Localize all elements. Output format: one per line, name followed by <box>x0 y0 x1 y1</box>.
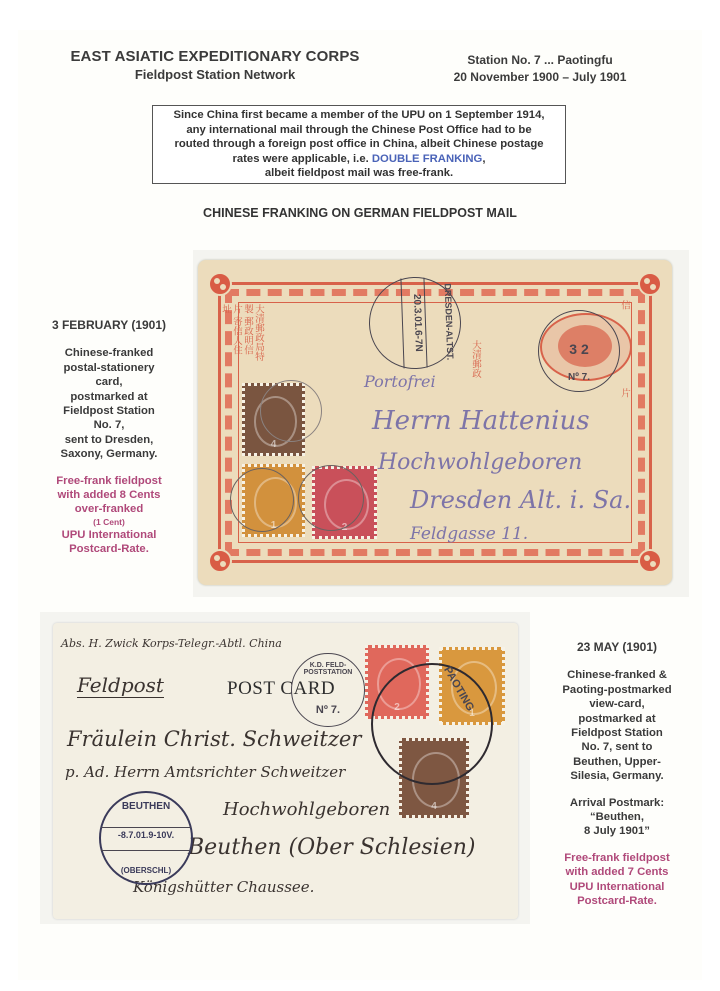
station-info: Station No. 7 ... Paotingfu 20 November … <box>440 52 640 86</box>
handwritten-addressee: Herrn Hattenius <box>372 406 590 436</box>
note-small: (1 Cent) <box>34 517 184 528</box>
item-note: Free-frank fieldpost with added 7 Cents … <box>532 851 702 909</box>
arrival-postmark-note: Arrival Postmark: “Beuthen, 8 July 1901” <box>532 796 702 839</box>
handwritten-address: Hochwohlgeboren <box>223 799 390 820</box>
info-line: rates were applicable, i.e. DOUBLE FRANK… <box>153 152 565 167</box>
yin-yang-icon <box>208 549 232 573</box>
chinese-char: 信 <box>619 300 630 320</box>
note-line: Free-frank fieldpost <box>34 474 184 488</box>
desc-line: sent to Dresden, <box>34 433 184 447</box>
handwritten-address: Dresden Alt. i. Sa. <box>410 486 631 514</box>
postal-stationery-card: 大清郵政局特製 郵政明信片 寄信人住址 大清郵政 信 片 3 2 Nº 7. D… <box>198 260 672 585</box>
info-box: Since China first became a member of the… <box>152 105 566 184</box>
postmark-date: -8.7.01.9-10V. <box>101 827 191 851</box>
handwritten-sender: Abs. H. Zwick Korps-Telegr.-Abtl. China <box>61 637 282 650</box>
postmark-name: K.D. FELD-POSTSTATION <box>292 662 364 676</box>
postmark-name: BEUTHEN <box>101 801 191 812</box>
note-line: Postcard-Rate. <box>34 542 184 556</box>
arrival-line: “Beuthen, <box>532 810 702 824</box>
arrival-line: Arrival Postmark: <box>532 796 702 810</box>
postmark-region: (OBERSCHL) <box>101 866 191 875</box>
desc-line: postmarked at <box>532 712 702 726</box>
stamp-cancel <box>298 465 364 531</box>
desc-line: postal-stationery <box>34 361 184 375</box>
postmark-day: 3 2 <box>539 341 619 357</box>
handwritten-address: Hochwohlgeboren <box>378 450 582 475</box>
desc-line: Silesia, Germany. <box>532 769 702 783</box>
handwritten-address: Beuthen (Ober Schlesien) <box>188 835 476 860</box>
info-line: albeit fieldpost mail was free-frank. <box>153 166 565 181</box>
desc-line: Beuthen, Upper- <box>532 755 702 769</box>
handwritten-address: Feldgasse 11. <box>410 524 528 544</box>
info-line: Since China first became a member of the… <box>153 108 565 123</box>
view-card: Abs. H. Zwick Korps-Telegr.-Abtl. China … <box>53 623 518 919</box>
yin-yang-icon <box>208 272 232 296</box>
desc-line: Saxony, Germany. <box>34 447 184 461</box>
info-line: routed through a foreign post office in … <box>153 137 565 152</box>
note-line: with added 8 Cents <box>34 488 184 502</box>
info-text: rates were applicable, i.e. <box>232 153 371 165</box>
postmark-date: 20.3.01.6-7N <box>401 278 428 369</box>
station-period: 20 November 1900 – July 1901 <box>440 69 640 86</box>
stamp-cancel <box>260 380 322 442</box>
yin-yang-icon <box>638 549 662 573</box>
paoting-postmark: PAOTING <box>371 663 493 785</box>
chinese-char: 片 <box>619 388 630 408</box>
desc-line: Fieldpost Station <box>532 726 702 740</box>
feldpost-station-postmark: K.D. FELD-POSTSTATION Nº 7. <box>291 653 365 727</box>
handwritten-address: p. Ad. Herrn Amtsrichter Schweitzer <box>65 763 345 781</box>
note-line: over-franked <box>34 502 184 516</box>
stamp-cancel <box>230 468 294 532</box>
desc-line: postmarked at <box>34 390 184 404</box>
handwritten-note: Portofrei <box>364 372 436 391</box>
page-subtitle: Fieldpost Station Network <box>0 67 430 82</box>
beuthen-arrival-postmark: BEUTHEN -8.7.01.9-10V. (OBERSCHL) <box>99 791 193 885</box>
desc-line: Paoting-postmarked <box>532 683 702 697</box>
note-line: UPU International <box>34 528 184 542</box>
item-description: Chinese-franked postal-stationery card, … <box>34 346 184 461</box>
item-date: 3 FEBRUARY (1901) <box>34 318 184 332</box>
desc-line: No. 7, sent to <box>532 740 702 754</box>
item-description: Chinese-franked & Paoting-postmarked vie… <box>532 668 702 783</box>
arrival-line: 8 July 1901” <box>532 824 702 838</box>
chinese-heading: 大清郵政 <box>470 340 481 380</box>
fieldpost-postmark: 3 2 Nº 7. <box>538 310 620 392</box>
section-title: CHINESE FRANKING ON GERMAN FIELDPOST MAI… <box>150 206 570 220</box>
desc-line: Chinese-franked & <box>532 668 702 682</box>
item-caption-1: 3 FEBRUARY (1901) Chinese-franked postal… <box>34 318 184 557</box>
desc-line: No. 7, <box>34 418 184 432</box>
desc-line: Fieldpost Station <box>34 404 184 418</box>
chinese-instructions: 大清郵政局特製 郵政明信片 寄信人住址 <box>220 304 264 364</box>
page-title: EAST ASIATIC EXPEDITIONARY CORPS <box>0 48 430 65</box>
handwritten-addressee: Fräulein Christ. Schweitzer <box>67 727 361 751</box>
postmark-station-no: Nº 7. <box>292 704 364 716</box>
stamp-value: 4 <box>402 801 466 812</box>
double-franking-highlight: DOUBLE FRANKING <box>372 153 482 165</box>
desc-line: card, <box>34 375 184 389</box>
info-line: any international mail through the Chine… <box>153 123 565 138</box>
desc-line: Chinese-franked <box>34 346 184 360</box>
handwritten-feldpost: Feldpost <box>77 673 164 698</box>
note-line: Free-frank fieldpost <box>532 851 702 865</box>
item-date: 23 MAY (1901) <box>532 640 702 654</box>
page-header: EAST ASIATIC EXPEDITIONARY CORPS Fieldpo… <box>0 48 430 82</box>
station-name: Station No. 7 ... Paotingfu <box>440 52 640 69</box>
note-line: UPU International <box>532 880 702 894</box>
note-line: Postcard-Rate. <box>532 894 702 908</box>
item-note: Free-frank fieldpost with added 8 Cents … <box>34 474 184 557</box>
postmark-station-no: Nº 7. <box>539 372 619 383</box>
desc-line: view-card, <box>532 697 702 711</box>
item-caption-2: 23 MAY (1901) Chinese-franked & Paoting-… <box>532 640 702 909</box>
yin-yang-icon <box>638 272 662 296</box>
note-line: with added 7 Cents <box>532 865 702 879</box>
info-text: , <box>482 153 485 165</box>
